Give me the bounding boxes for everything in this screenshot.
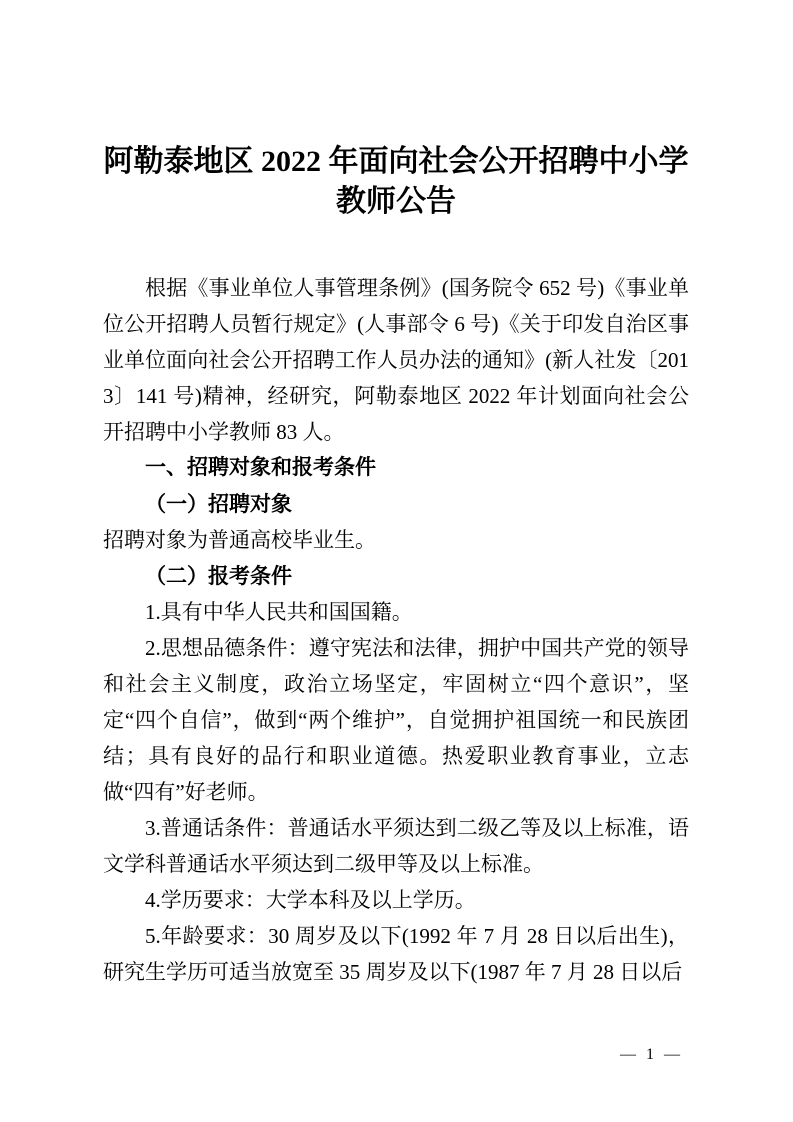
doc-paragraph: 2.思想品德条件：遵守宪法和法律，拥护中国共产党的领导和社会主义制度，政治立场坚… (103, 630, 689, 810)
doc-paragraph: 3.普通话条件：普通话水平须达到二级乙等及以上标准，语文学科普通话水平须达到二级… (103, 810, 689, 882)
page-number: — 1 — (620, 1046, 683, 1064)
doc-paragraph: 1.具有中华人民共和国国籍。 (103, 594, 689, 630)
document-title: 阿勒泰地区 2022 年面向社会公开招聘中小学教师公告 (103, 142, 689, 222)
doc-paragraph: 5.年龄要求：30 周岁及以下(1992 年 7 月 28 日以后出生)，研究生… (103, 918, 689, 990)
document-page: 阿勒泰地区 2022 年面向社会公开招聘中小学教师公告 根据《事业单位人事管理条… (0, 0, 793, 1122)
doc-heading2: （二）报考条件 (103, 558, 689, 594)
doc-heading1: 一、招聘对象和报考条件 (103, 450, 689, 486)
doc-heading2: （一）招聘对象 (103, 486, 689, 522)
doc-paragraph: 根据《事业单位人事管理条例》(国务院令 652 号)《事业单位公开招聘人员暂行规… (103, 270, 689, 450)
document-body: 根据《事业单位人事管理条例》(国务院令 652 号)《事业单位公开招聘人员暂行规… (103, 270, 689, 990)
doc-paragraph: 4.学历要求：大学本科及以上学历。 (103, 882, 689, 918)
doc-paragraph: 招聘对象为普通高校毕业生。 (103, 522, 689, 558)
